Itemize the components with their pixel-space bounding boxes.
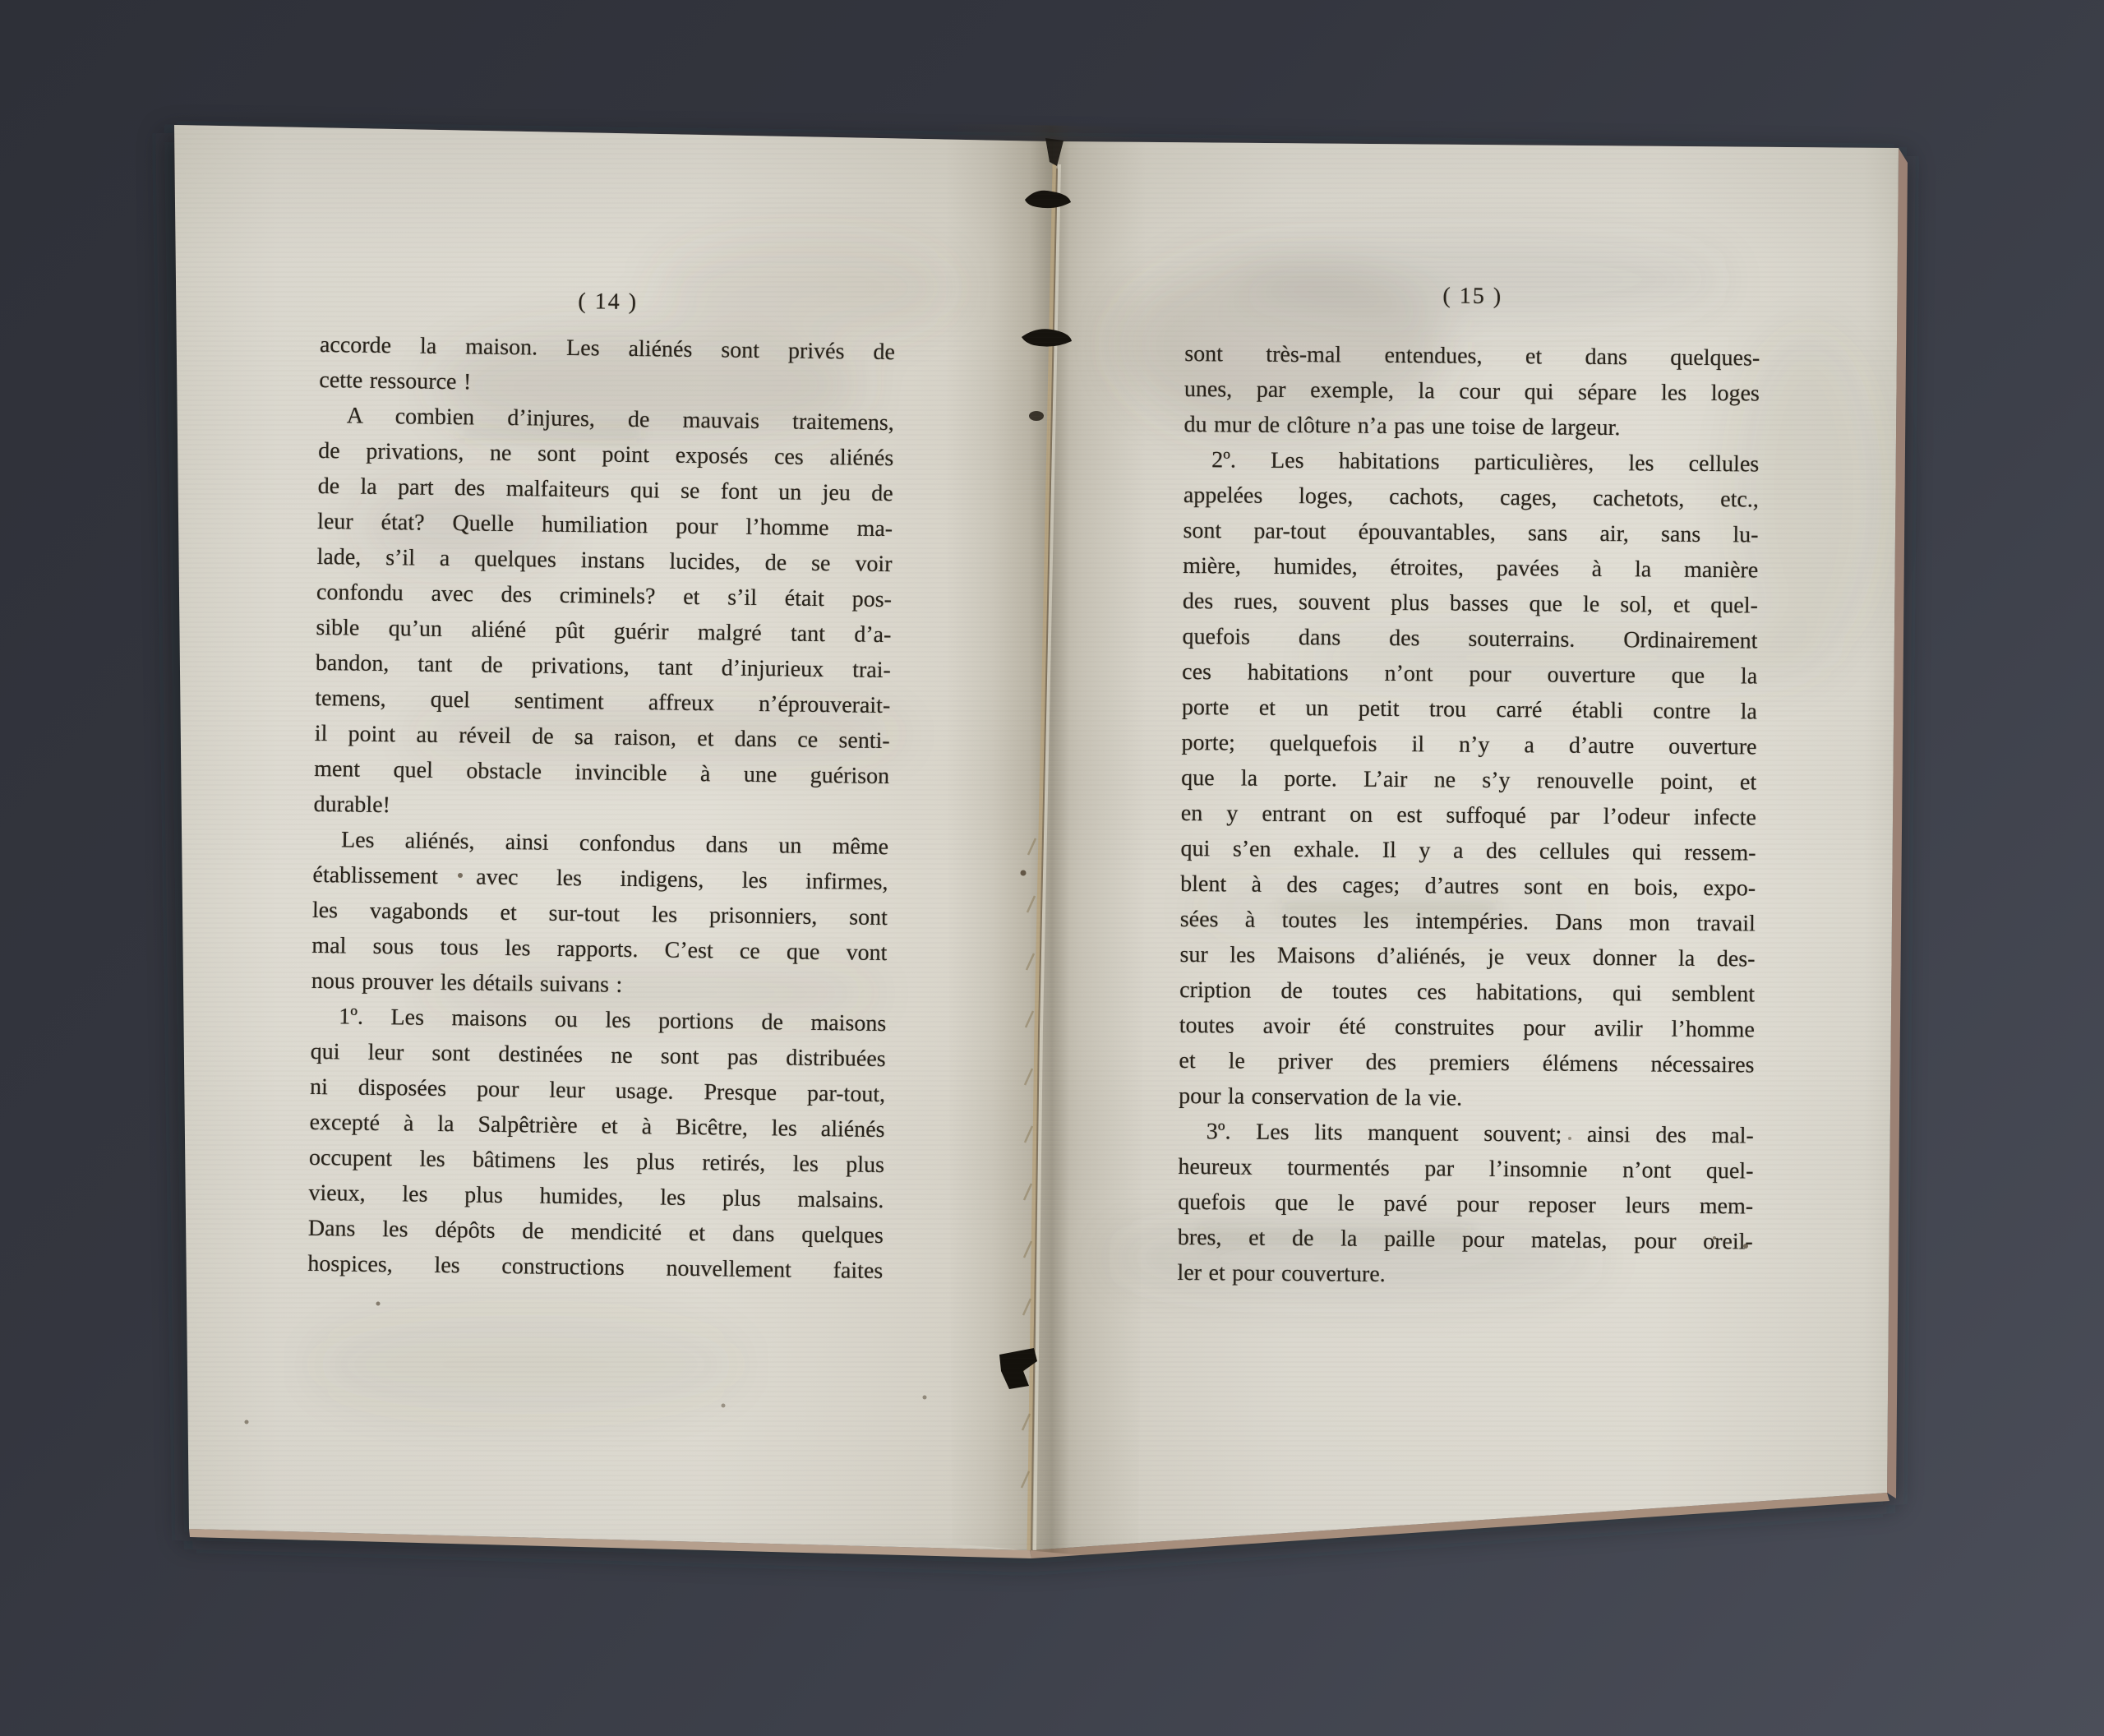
photograph-open-book: ( 14 ) accorde la maison. Les aliénés so… <box>0 0 2104 1736</box>
right-page: ( 15 ) sont très-mal entendues, et dans … <box>1177 276 1760 1295</box>
text-line: sont par-tout épouvantables, sans air, s… <box>1183 513 1758 552</box>
text-line: quefois dans des souterrains. Ordinairem… <box>1182 619 1757 658</box>
text-line: unes, par exemple, la cour qui sépare le… <box>1184 372 1760 411</box>
text-line: ler et pour couverture. <box>1177 1255 1752 1295</box>
text-line: qui s’en exhale. Il y a des cellules qui… <box>1180 831 1756 870</box>
text-line: 3º. Les lits manquent souvent; ainsi des… <box>1179 1114 1754 1153</box>
text-line: 2º. Les habitations particulières, les c… <box>1183 442 1759 482</box>
text-line: des rues, souvent plus basses que le sol… <box>1183 584 1758 623</box>
text-line: sées à toutes les intempéries. Dans mon … <box>1180 902 1756 941</box>
right-page-number: ( 15 ) <box>1185 276 1760 316</box>
text-line: porte et un petit trou carré établi cont… <box>1182 690 1757 729</box>
text-line: ment quel obstacle invincible à une guér… <box>314 751 890 794</box>
text-line: pour la conservation de la vie. <box>1179 1078 1754 1118</box>
text-line: mière, humides, étroites, pavées à la ma… <box>1183 548 1758 588</box>
right-page-text: sont très-mal entendues, et dans quelque… <box>1177 336 1760 1295</box>
left-page-number: ( 14 ) <box>320 280 896 323</box>
text-line: sur les Maisons d’aliénés, je veux donne… <box>1179 937 1755 976</box>
left-page: ( 14 ) accorde la maison. Les aliénés so… <box>307 280 896 1289</box>
text-line: en y entrant on est suffoqué par l’odeur… <box>1181 796 1756 835</box>
text-line: ces habitations n’ont pour ouverture que… <box>1182 654 1757 694</box>
text-line: et le priver des premiers élémens nécess… <box>1179 1043 1754 1083</box>
text-line: cription de toutes ces habitations, qui … <box>1179 972 1755 1012</box>
stitch-dot <box>1029 411 1044 421</box>
text-line: toutes avoir été construites pour avilir… <box>1179 1008 1755 1047</box>
text-line: sont très-mal entendues, et dans quelque… <box>1184 336 1760 376</box>
text-line: appelées loges, cachots, cages, cachetot… <box>1183 478 1759 517</box>
text-line: que la porte. L’air ne s’y renouvelle po… <box>1181 760 1756 800</box>
text-line: porte; quelquefois il n’y a d’autre ouve… <box>1181 725 1756 764</box>
text-line: quefois que le pavé pour reposer leurs m… <box>1178 1184 1753 1224</box>
left-page-text: accorde la maison. Les aliénés sont priv… <box>307 327 895 1289</box>
text-line: blent à des cages; d’autres sont en bois… <box>1180 866 1756 906</box>
text-line: bres, et de la paille pour matelas, pour… <box>1178 1220 1753 1259</box>
text-line: heureux tourmentés par l’insomnie n’ont … <box>1178 1149 1753 1189</box>
text-line: du mur de clôture n’a pas une toise de l… <box>1183 407 1759 446</box>
text-line: hospices, les constructions nouvellement… <box>307 1246 884 1289</box>
